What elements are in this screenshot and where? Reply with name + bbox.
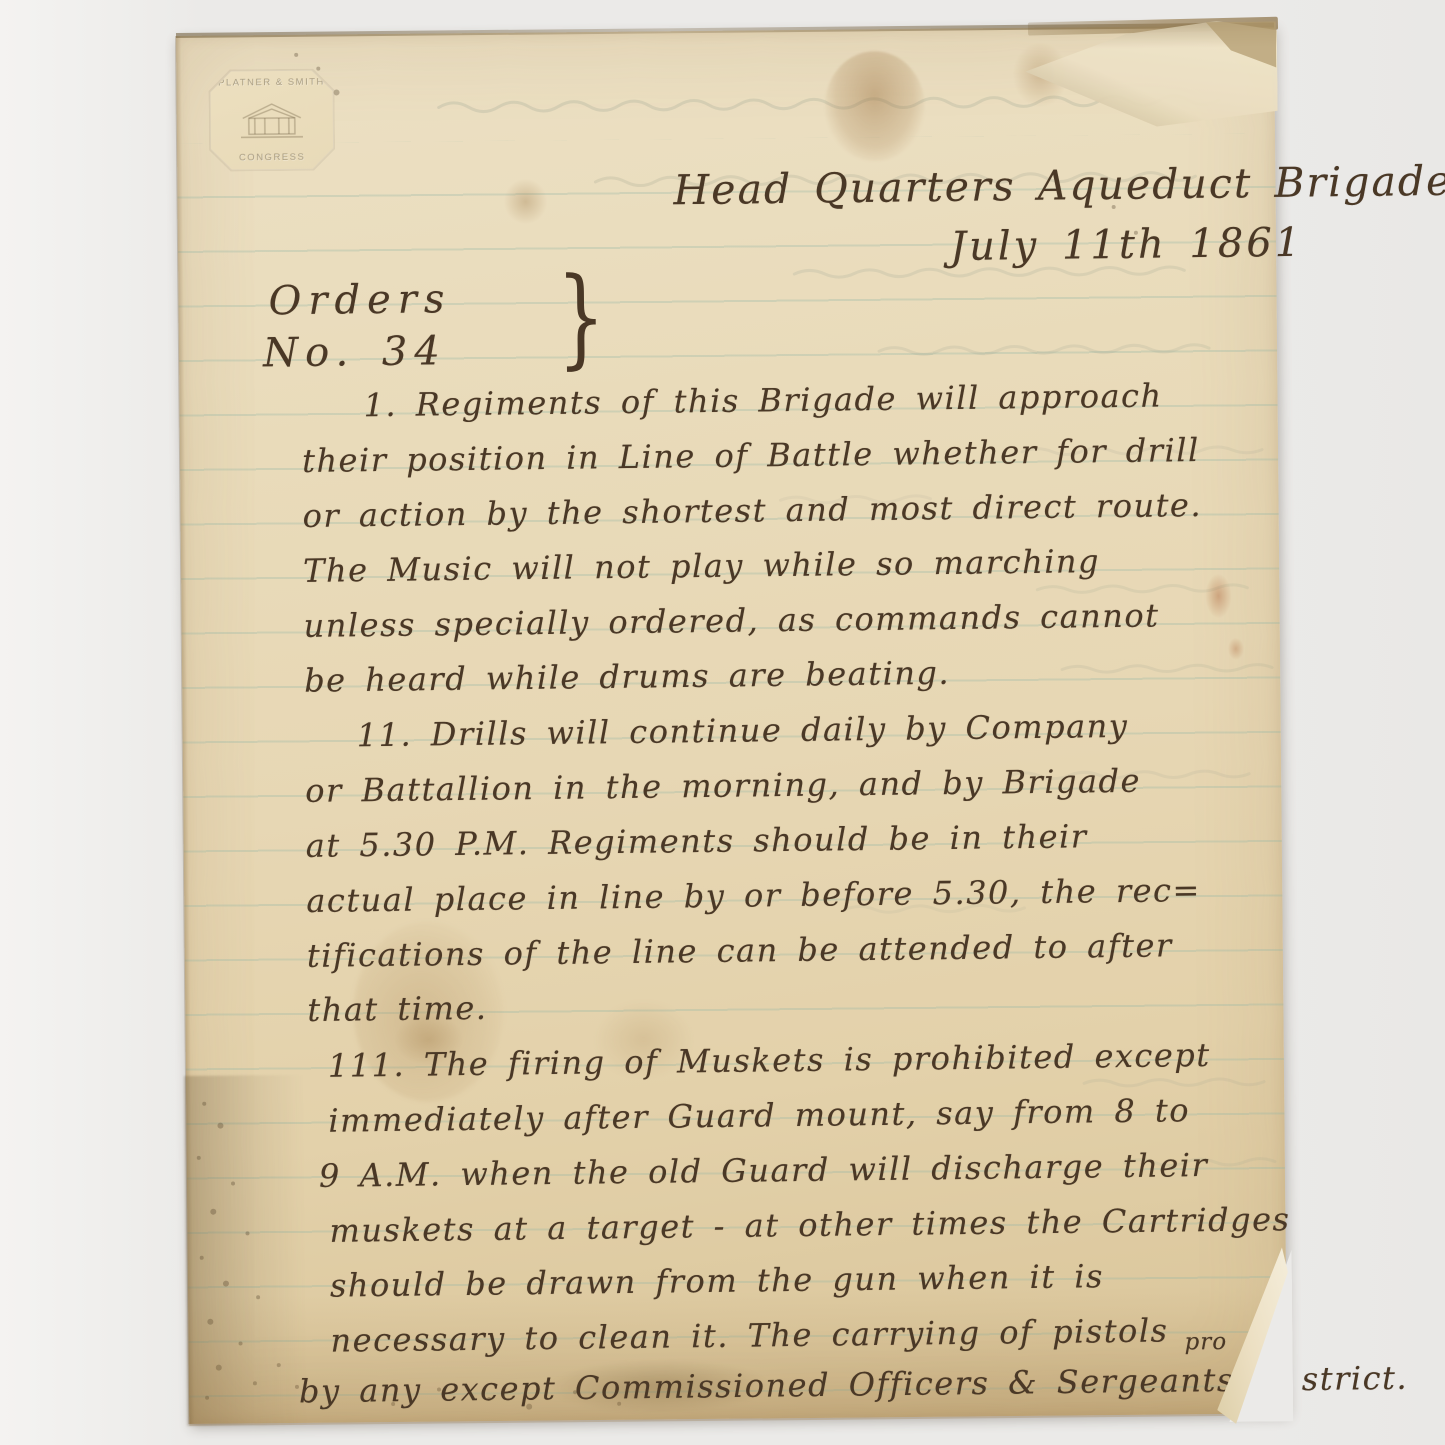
- stamp-brand-text: CONGRESS: [239, 152, 305, 164]
- manuscript-line-17: should be drawn from the gun when it is: [330, 1260, 1104, 1301]
- orders-number: No. 34: [263, 331, 447, 373]
- manuscript-line-6: be heard while drums are beating.: [304, 657, 950, 697]
- stain: [824, 51, 925, 162]
- heading-headquarters: Head Quarters Aqueduct Brigade: [673, 161, 1445, 212]
- manuscript-line-16: muskets at a target - at other times the…: [329, 1203, 1290, 1247]
- manuscript-line-4: The Music will not play while so marchin…: [303, 545, 1100, 587]
- manuscript-line-11: tifications of the line can be attended …: [307, 929, 1173, 972]
- stain: [503, 178, 547, 224]
- manuscript-line-5: unless specially ordered, as commands ca…: [303, 599, 1159, 641]
- stain: [184, 1075, 307, 1426]
- orders-brace: }: [557, 264, 606, 372]
- stain: [1205, 574, 1231, 618]
- orders-label: Orders: [268, 279, 451, 321]
- document-page: PLATNER & SMITH CONGRESS H: [176, 25, 1287, 1423]
- heading-date: July 11th 1861: [950, 223, 1304, 267]
- inserted-word: pro: [1184, 1331, 1227, 1355]
- manuscript-line-12: that time.: [307, 992, 488, 1026]
- stamp-maker-text: PLATNER & SMITH: [218, 77, 325, 89]
- stamp-building-icon: [235, 100, 309, 141]
- manuscript-line-14: immediately after Guard mount, say from …: [328, 1094, 1190, 1137]
- manuscript-line-13: 111. The firing of Muskets is prohibited…: [328, 1039, 1211, 1082]
- scanned-document-background: PLATNER & SMITH CONGRESS H: [0, 0, 1445, 1445]
- stamp-face: PLATNER & SMITH CONGRESS: [210, 71, 333, 170]
- manuscript-line-9: at 5.30 P.M. Regiments should be in thei…: [306, 820, 1088, 862]
- manuscript-line-7: 11. Drills will continue daily by Compan…: [357, 710, 1129, 751]
- manuscript-line-15: 9 A.M. when the old Guard will discharge…: [319, 1149, 1209, 1192]
- manuscript-line-10: actual place in line by or before 5.30, …: [306, 874, 1201, 917]
- stain: [1228, 638, 1244, 660]
- embossed-stationer-stamp: PLATNER & SMITH CONGRESS: [208, 68, 335, 171]
- manuscript-line-2: their position in Line of Battle whether…: [302, 434, 1200, 477]
- manuscript-line-8: or Battallion in the morning, and by Bri…: [305, 765, 1141, 807]
- manuscript-line-18: necessary to clean it. The carrying of p…: [330, 1314, 1168, 1356]
- manuscript-line-3: or action by the shortest and most direc…: [302, 489, 1202, 532]
- manuscript-line-1: 1. Regiments of this Brigade will approa…: [363, 380, 1162, 422]
